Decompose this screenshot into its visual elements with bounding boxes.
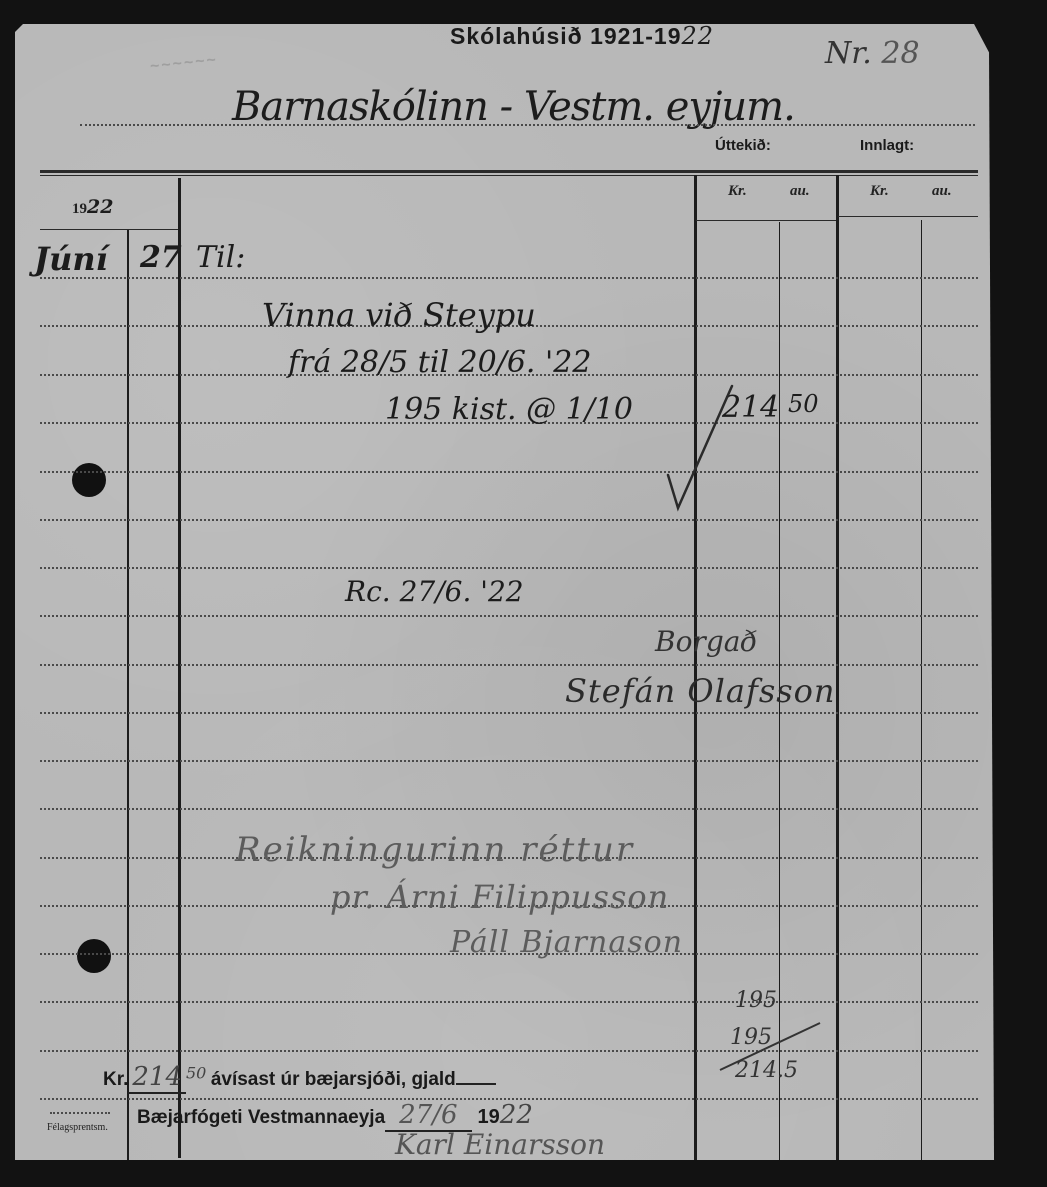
addressee-line	[80, 124, 975, 126]
ruled-line	[40, 712, 978, 714]
calc-line-1: 195	[735, 988, 777, 1013]
entry-line-3: 195 kist. @ 1/10	[385, 392, 633, 427]
entry-day: 27	[140, 240, 182, 275]
entry-line-1: Vinna við Steypu	[262, 296, 536, 334]
approval-note-line-2: pr. Árni Filippusson	[330, 878, 669, 916]
ruled-line	[40, 519, 978, 521]
approval-note-line-3: Páll Bjarnason	[450, 925, 683, 960]
year-underline	[40, 229, 178, 230]
kr-header-1: Kr.	[728, 183, 747, 200]
au-header-1: au.	[790, 183, 810, 200]
currency-header-underline-2	[838, 216, 978, 217]
month-day-divider	[127, 230, 129, 1160]
deposited-label: Innlagt:	[860, 137, 914, 154]
ruled-line	[40, 567, 978, 569]
punch-hole-bottom	[77, 939, 111, 973]
order-amount-handwritten: 214	[128, 1062, 186, 1094]
kr-header-2: Kr.	[870, 183, 889, 200]
authority-line: Bæjarfógeti Vestmannaeyja27/61922	[137, 1100, 533, 1130]
ruled-line	[40, 277, 978, 279]
entry-line-2: frá 28/5 til 20/6. '22	[288, 345, 591, 380]
payment-order-line: Kr.21450 ávísast úr bæjarsjóði, gjald	[103, 1062, 496, 1092]
ruled-line	[40, 1050, 978, 1052]
withdrawn-label: Úttekið:	[715, 137, 771, 154]
ruled-line	[40, 1001, 978, 1003]
text-amount-divider	[694, 175, 697, 1160]
printer-dotline	[50, 1112, 110, 1114]
received-note: Rc. 27/6. '22	[345, 575, 524, 608]
document-number: Nr. 28	[825, 36, 920, 71]
entry-month: Júní	[34, 240, 108, 278]
stamp-year-handwritten: 22	[682, 22, 715, 50]
payee-signature: Stefán Olafsson	[565, 672, 836, 710]
ruled-line	[40, 615, 978, 617]
school-stamp: Skólahúsið 1921-1922	[450, 22, 714, 50]
official-signature: Karl Einarsson	[395, 1128, 605, 1161]
kr-au-divider-2	[921, 220, 922, 1160]
order-blank	[456, 1083, 496, 1085]
ruled-line	[40, 808, 978, 810]
printer-label: Félagsprentsm.	[47, 1122, 108, 1133]
top-rule-thick	[40, 170, 978, 173]
approval-note-line-1: Reikningurinn réttur	[235, 830, 634, 870]
currency-header-underline-1	[696, 220, 836, 221]
ruled-line	[40, 471, 978, 473]
punch-hole-top	[72, 463, 106, 497]
entry-prefix: Til:	[196, 240, 245, 275]
ruled-line	[40, 664, 978, 666]
paid-label: Borgað	[655, 625, 757, 658]
section-divider	[836, 175, 839, 1160]
entry-amount-au: 50	[788, 390, 819, 418]
ruled-line	[40, 760, 978, 762]
year-header: 1922	[72, 196, 113, 218]
checkmark-icon	[660, 380, 740, 520]
calc-result: 214.5	[735, 1058, 798, 1083]
au-header-2: au.	[932, 183, 952, 200]
